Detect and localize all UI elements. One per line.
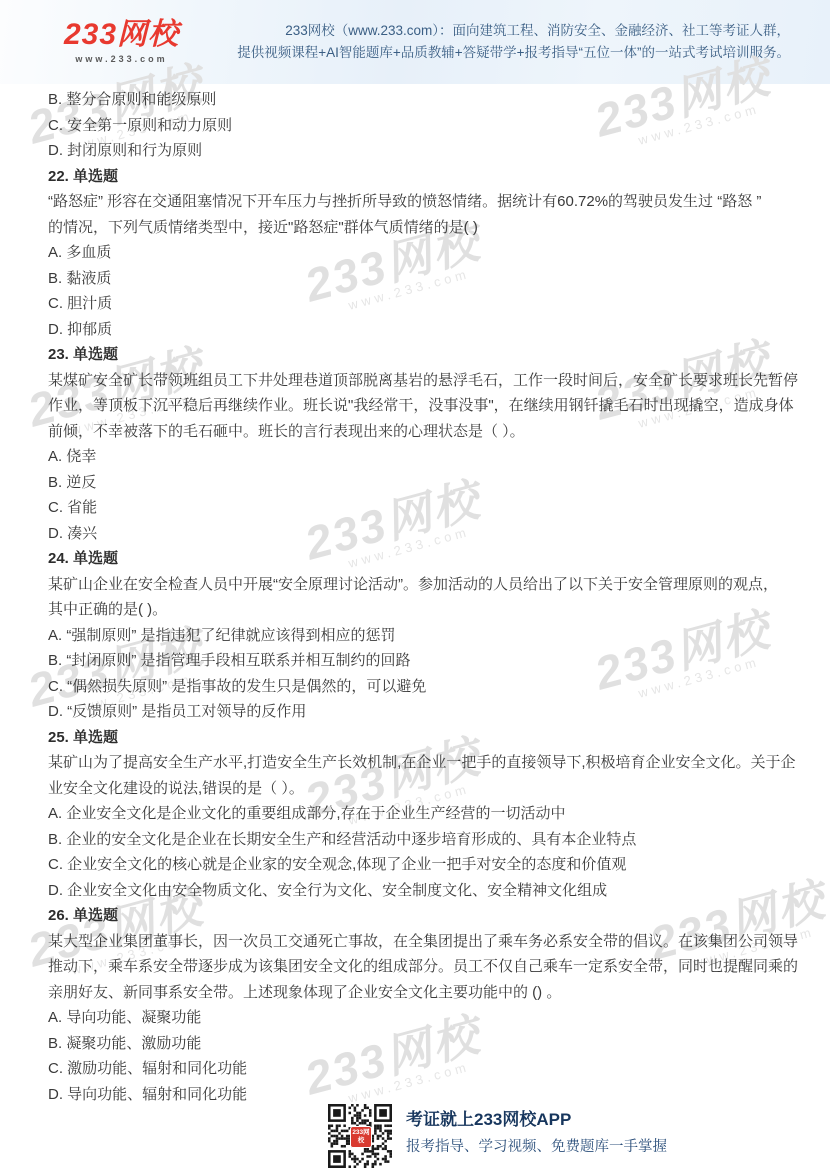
- question-text-line: 其中正确的是( )。: [48, 597, 790, 623]
- question-text-line: 业安全文化建设的说法,错误的是（ ）。: [48, 776, 790, 802]
- option-line: A. 导向功能、凝聚功能: [48, 1005, 790, 1031]
- option-line: B. 凝聚功能、激励功能: [48, 1031, 790, 1057]
- brand-logo-text: 233网校: [64, 20, 179, 50]
- option-line: A. 企业安全文化是企业文化的重要组成部分,存在于企业生产经营的一切活动中: [48, 801, 790, 827]
- question-title: 26. 单选题: [48, 903, 790, 929]
- option-line: D. “反馈原则” 是指员工对领导的反作用: [48, 699, 790, 725]
- header-tagline-line2: 提供视频课程+AI智能题库+品质教辅+答疑带学+报考指导“五位一体”的一站式考试…: [237, 42, 790, 64]
- question-title: 24. 单选题: [48, 546, 790, 572]
- option-line: D. 抑郁质: [48, 317, 790, 343]
- app-promo-footer: 233网校 考证就上233网校APP 报考指导、学习视频、免费题库一手掌握: [328, 1104, 667, 1168]
- brand-logo: 233网校 www.233.com: [64, 20, 179, 64]
- option-line: D. 企业安全文化由安全物质文化、安全行为文化、安全制度文化、安全精神文化组成: [48, 878, 790, 904]
- question-text-line: 推动下，乘车系安全带逐步成为该集团安全文化的组成部分。员工不仅自己乘车一定系安全…: [48, 954, 790, 980]
- question-text-line: “路怒症” 形容在交通阻塞情况下开车压力与挫折所导致的愤怒情绪。据统计有60.7…: [48, 189, 790, 215]
- option-line: A. 侥幸: [48, 444, 790, 470]
- option-line: B. 黏液质: [48, 266, 790, 292]
- question-text-line: 作业，等顶板下沉平稳后再继续作业。班长说"我经常干，没事没事"，在继续用钢钎撬毛…: [48, 393, 790, 419]
- question-text-line: 前倾，不幸被落下的毛石砸中。班长的言行表现出来的心理状态是（ ）。: [48, 419, 790, 445]
- option-line: B. 逆反: [48, 470, 790, 496]
- option-line: B. 整分合原则和能级原则: [48, 87, 790, 113]
- header-tagline-line1: 233网校（www.233.com）：面向建筑工程、消防安全、金融经济、社工等考…: [237, 20, 790, 42]
- question-text-line: 某矿山企业在安全检查人员中开展“安全原理讨论活动”。参加活动的人员给出了以下关于…: [48, 572, 790, 598]
- question-text-line: 某大型企业集团董事长，因一次员工交通死亡事故，在全集团提出了乘车务必系安全带的倡…: [48, 929, 790, 955]
- option-line: D. 封闭原则和行为原则: [48, 138, 790, 164]
- footer-text-block: 考证就上233网校APP 报考指导、学习视频、免费题库一手掌握: [406, 1104, 667, 1168]
- question-text-line: 亲朋好友、新同事系安全带。上述现象体现了企业安全文化主要功能中的 () 。: [48, 980, 790, 1006]
- brand-logo-url: www.233.com: [64, 54, 179, 64]
- option-line: C. “偶然损失原则” 是指事故的发生只是偶然的，可以避免: [48, 674, 790, 700]
- option-line: D. 凑兴: [48, 521, 790, 547]
- app-subtitle: 报考指导、学习视频、免费题库一手掌握: [406, 1135, 667, 1159]
- question-title: 25. 单选题: [48, 725, 790, 751]
- option-line: A. “强制原则” 是指违犯了纪律就应该得到相应的惩罚: [48, 623, 790, 649]
- question-text-line: 的情况，下列气质情绪类型中，接近"路怒症"群体气质情绪的是( ): [48, 215, 790, 241]
- document-page: 233网校 www.233.com 233网校（www.233.com）：面向建…: [0, 0, 830, 1174]
- option-line: C. 胆汁质: [48, 291, 790, 317]
- question-text-line: 某煤矿安全矿长带领班组员工下井处理巷道顶部脱离基岩的悬浮毛石，工作一段时间后，安…: [48, 368, 790, 394]
- app-title: 考证就上233网校APP: [406, 1107, 667, 1132]
- option-line: C. 安全第一原则和动力原则: [48, 113, 790, 139]
- option-line: C. 激励功能、辐射和同化功能: [48, 1056, 790, 1082]
- header-tagline: 233网校（www.233.com）：面向建筑工程、消防安全、金融经济、社工等考…: [237, 20, 790, 64]
- question-text-line: 某矿山为了提高安全生产水平,打造安全生产长效机制,在企业一把手的直接领导下,积极…: [48, 750, 790, 776]
- qr-code: 233网校: [328, 1104, 392, 1168]
- option-line: B. 企业的安全文化是企业在长期安全生产和经营活动中逐步培育形成的、具有本企业特…: [48, 827, 790, 853]
- question-title: 23. 单选题: [48, 342, 790, 368]
- site-header: 233网校 www.233.com 233网校（www.233.com）：面向建…: [0, 0, 830, 84]
- qr-center-logo: 233网校: [350, 1126, 372, 1148]
- option-line: B. “封闭原则” 是指管理手段相互联系并相互制约的回路: [48, 648, 790, 674]
- option-line: A. 多血质: [48, 240, 790, 266]
- option-line: C. 企业安全文化的核心就是企业家的安全观念,体现了企业一把手对安全的态度和价值…: [48, 852, 790, 878]
- option-line: C. 省能: [48, 495, 790, 521]
- question-list: B. 整分合原则和能级原则 C. 安全第一原则和动力原则 D. 封闭原则和行为原…: [48, 87, 790, 1107]
- question-title: 22. 单选题: [48, 164, 790, 190]
